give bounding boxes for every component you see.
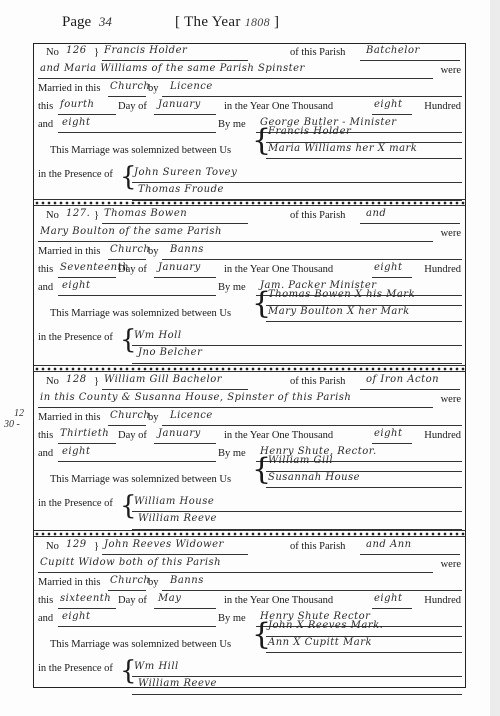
rule <box>162 96 462 97</box>
and-label: and <box>38 279 53 297</box>
entry-line-presence: in the Presence of { William House Willi… <box>38 497 461 515</box>
groom-name: William Gill Bachelor <box>104 371 222 389</box>
entry-line-presence: in the Presence of { Wm Hill William Ree… <box>38 662 461 680</box>
parish-field: of Iron Acton <box>366 371 439 389</box>
month-field: January <box>158 425 201 443</box>
by-field: Licence <box>170 78 213 96</box>
rule <box>266 487 462 488</box>
page-label: Page <box>62 14 91 30</box>
day-field: sixteenth <box>60 590 111 608</box>
hundred-label: Hundred <box>424 98 461 116</box>
year-and-field: eight <box>62 277 90 295</box>
margin-note-top: 12 <box>4 408 24 419</box>
party-signature-2: Mary Boulton X her Mark <box>268 303 410 321</box>
rule <box>38 572 433 573</box>
by-me-label: By me <box>218 116 246 134</box>
entry-line-solemnized: This Marriage was solemnized between Us … <box>38 144 461 162</box>
entry-line-bride: Mary Boulton of the same Parish were <box>38 227 461 245</box>
entry-line-bride: and Maria Williams of the same Parish Sp… <box>38 64 461 82</box>
and-label: and <box>38 610 53 628</box>
rule <box>266 158 462 159</box>
place-field: Church <box>110 241 150 259</box>
year-hundred-field: eight <box>374 425 402 443</box>
rule <box>58 626 216 627</box>
entry-line-date: this Seventeenth Day of January in the Y… <box>38 263 461 281</box>
presence-label: in the Presence of <box>38 495 113 513</box>
entry-line-solemnized: This Marriage was solemnized between Us … <box>38 638 461 656</box>
month-field: January <box>158 96 201 114</box>
witness-signature-1: Wm Holl <box>134 327 182 345</box>
place-field: Church <box>110 407 150 425</box>
bride-line: and Maria Williams of the same Parish Sp… <box>40 60 305 78</box>
witness-signature-1: Wm Hill <box>134 658 179 676</box>
rule <box>162 425 462 426</box>
party-signature-1: John X Reeves Mark. <box>268 617 383 635</box>
party-signature-2: Ann X Cupitt Mark <box>268 634 372 652</box>
rule <box>108 425 146 426</box>
margin-note-bottom: 30 - <box>4 419 24 430</box>
rule <box>162 590 462 591</box>
entry-line-date: this fourth Day of January in the Year O… <box>38 100 461 118</box>
bride-line: Cupitt Widow both of this Parish <box>40 554 221 572</box>
presence-label: in the Presence of <box>38 660 113 678</box>
rule <box>372 608 412 609</box>
year-label: [ The Year <box>175 14 241 30</box>
witness-signature-2: Jno Belcher <box>138 344 202 362</box>
rule <box>372 443 412 444</box>
year-and-field: eight <box>62 443 90 461</box>
by-label: by <box>148 80 159 98</box>
year-close: ] <box>274 14 279 30</box>
page-number: 34 <box>99 14 112 29</box>
rule <box>58 461 216 462</box>
and-label: and <box>38 116 53 134</box>
witness-signature-1: William House <box>134 493 214 511</box>
rule <box>360 554 460 555</box>
groom-name: Thomas Bowen <box>104 205 187 223</box>
year-and-field: eight <box>62 114 90 132</box>
day-of-label: Day of <box>118 427 147 445</box>
party-signature-2: Susannah House <box>268 469 360 487</box>
rule <box>132 363 462 364</box>
bride-line: in this County & Susanna House, Spinster… <box>40 389 351 407</box>
year-heading: [ The Year 1808 ] <box>175 14 279 31</box>
year-hundred-field: eight <box>374 590 402 608</box>
rule <box>154 608 216 609</box>
rule <box>154 443 216 444</box>
rule <box>38 241 433 242</box>
solemnized-label: This Marriage was solemnized between Us <box>50 471 231 489</box>
by-me-label: By me <box>218 445 246 463</box>
witness-signature-1: John Sureen Tovey <box>134 164 237 182</box>
rule <box>154 277 216 278</box>
solemnized-label: This Marriage was solemnized between Us <box>50 305 231 323</box>
by-me-label: By me <box>218 279 246 297</box>
entry-line-officiant: and eight By me Henry Shute Rector <box>38 612 461 630</box>
hundred-label: Hundred <box>424 261 461 279</box>
rule <box>360 223 460 224</box>
entry-line-date: this sixteenth Day of May in the Year On… <box>38 594 461 612</box>
and-label: and <box>38 445 53 463</box>
witness-signature-2: William Reeve <box>138 510 217 528</box>
rule <box>38 407 433 408</box>
year-and-field: eight <box>62 608 90 626</box>
rule <box>154 114 216 115</box>
solemnized-label: This Marriage was solemnized between Us <box>50 636 231 654</box>
year-hundred-field: eight <box>374 96 402 114</box>
rule <box>372 277 412 278</box>
rule <box>360 389 460 390</box>
by-label: by <box>148 574 159 592</box>
year-value: 1808 <box>245 15 270 29</box>
rule <box>38 78 433 79</box>
rule <box>108 590 146 591</box>
groom-name: Francis Holder <box>104 42 187 60</box>
day-field: fourth <box>60 96 94 114</box>
margin-annotation: 12 30 - <box>4 408 24 430</box>
of-this-parish-label: of this Parish <box>290 207 345 225</box>
ornamental-divider <box>34 199 465 206</box>
day-of-label: Day of <box>118 261 147 279</box>
bride-line: Mary Boulton of the same Parish <box>40 223 222 241</box>
party-signature-1: Thomas Bowen X his Mark <box>268 286 415 304</box>
rule <box>132 694 462 695</box>
witness-signature-2: William Reeve <box>138 675 217 693</box>
page-edge-strip <box>490 0 500 716</box>
presence-label: in the Presence of <box>38 329 113 347</box>
rule <box>162 259 462 260</box>
entry-line-date: this Thirtieth Day of January in the Yea… <box>38 429 461 447</box>
this-label: this <box>38 261 53 279</box>
place-field: Church <box>110 572 150 590</box>
entry-line-bride: in this County & Susanna House, Spinster… <box>38 393 461 411</box>
rule <box>108 96 146 97</box>
entry-number: 127. <box>66 205 90 223</box>
were-label: were <box>441 225 461 243</box>
entry-line-presence: in the Presence of { Wm Holl Jno Belcher <box>38 331 461 349</box>
this-label: this <box>38 98 53 116</box>
register-frame: No 126 } Francis Holder of this Parish B… <box>33 43 466 688</box>
this-label: this <box>38 592 53 610</box>
rule <box>266 652 462 653</box>
page-number-label: Page 34 <box>62 14 112 31</box>
entry-line-officiant: and eight By me George Butler - Minister <box>38 118 461 136</box>
by-field: Banns <box>170 241 204 259</box>
parish-field: Batchelor <box>366 42 420 60</box>
by-label: by <box>148 243 159 261</box>
rule <box>58 132 216 133</box>
year-hundred-field: eight <box>374 259 402 277</box>
month-field: January <box>158 259 201 277</box>
day-of-label: Day of <box>118 98 147 116</box>
were-label: were <box>441 391 461 409</box>
hundred-label: Hundred <box>424 592 461 610</box>
were-label: were <box>441 62 461 80</box>
this-label: this <box>38 427 53 445</box>
solemnized-label: This Marriage was solemnized between Us <box>50 142 231 160</box>
of-this-parish-label: of this Parish <box>290 538 345 556</box>
presence-label: in the Presence of <box>38 166 113 184</box>
parish-field: and Ann <box>366 536 412 554</box>
entry-line-presence: in the Presence of { John Sureen Tovey T… <box>38 168 461 186</box>
entry-line-officiant: and eight By me Henry Shute, Rector. <box>38 447 461 465</box>
groom-name: John Reeves Widower <box>104 536 224 554</box>
rule <box>58 295 216 296</box>
parish-field: and <box>366 205 386 223</box>
month-field: May <box>158 590 181 608</box>
entry-line-solemnized: This Marriage was solemnized between Us … <box>38 473 461 491</box>
day-of-label: Day of <box>118 592 147 610</box>
entry-line-bride: Cupitt Widow both of this Parish were <box>38 558 461 576</box>
party-signature-2: Maria Williams her X mark <box>268 140 417 158</box>
day-field: Thirtieth <box>60 425 109 443</box>
party-signature-1: William Gill <box>268 452 333 470</box>
place-field: Church <box>110 78 150 96</box>
by-label: by <box>148 409 159 427</box>
entry-number: 128 <box>66 371 87 389</box>
were-label: were <box>441 556 461 574</box>
rule <box>360 60 460 61</box>
hundred-label: Hundred <box>424 427 461 445</box>
by-field: Licence <box>170 407 213 425</box>
by-me-label: By me <box>218 610 246 628</box>
entry-number: 129 <box>66 536 87 554</box>
entry-number: 126 <box>66 42 87 60</box>
entry-line-solemnized: This Marriage was solemnized between Us … <box>38 307 461 325</box>
party-signature-1: Francis Holder <box>268 123 351 141</box>
by-field: Banns <box>170 572 204 590</box>
rule <box>266 321 462 322</box>
witness-signature-2: Thomas Froude <box>138 181 224 199</box>
